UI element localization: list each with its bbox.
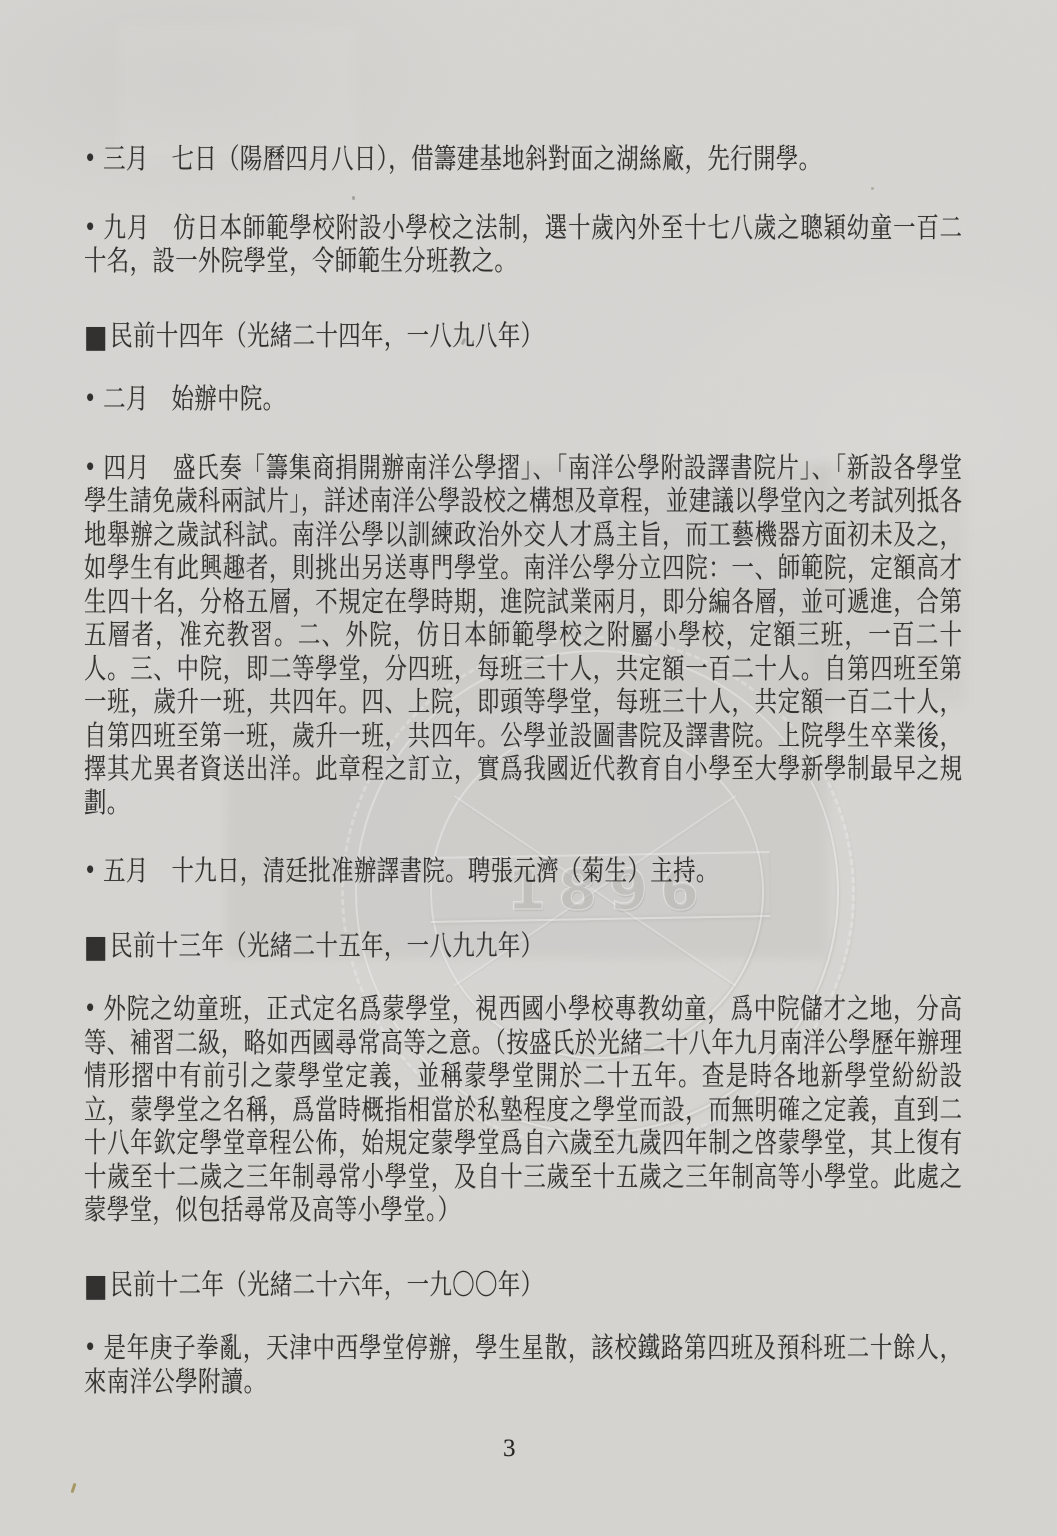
entry-text: 民前十三年（光緒二十五年，一八九九年） [110,931,543,962]
entry-text: 四月 盛氏奏「籌集商捐開辦南洋公學摺」、「南洋公學附設譯書院片」、「新設各學堂學… [84,453,962,819]
paper-speck [352,196,355,200]
bullet-icon: • [84,993,97,1027]
year-heading: ■民前十四年（光緒二十四年，一八九八年） [84,320,962,354]
entry-text: 是年庚子拳亂，天津中西學堂停辦，學生星散，該校鐵路第四班及預科班二十餘人，來南洋… [84,1333,962,1398]
entry-text: 九月 仿日本師範學校附設小學校之法制，選十歲內外至十七八歲之聰穎幼童一百二十名，… [84,213,962,278]
bullet-icon: • [84,383,97,417]
timeline-entry: •五月 十九日，清廷批准辦譯書院。聘張元濟（菊生）主持。 [84,855,962,889]
entry-text: 二月 始辦中院。 [103,384,285,415]
entry-text: 五月 十九日，清廷批准辦譯書院。聘張元濟（菊生）主持。 [103,856,719,887]
timeline-entry: •二月 始辦中院。 [84,383,962,417]
timeline-entry: •四月 盛氏奏「籌集商捐開辦南洋公學摺」、「南洋公學附設譯書院片」、「新設各學堂… [84,452,962,821]
bullet-icon: • [84,1332,97,1366]
bullet-icon: • [84,452,97,486]
scanned-document-page: 1896 •三月 七日（陽曆四月八日），借籌建基地斜對面之湖絲廠，先行開學。•九… [0,0,1057,1536]
text-flow: •三月 七日（陽曆四月八日），借籌建基地斜對面之湖絲廠，先行開學。•九月 仿日本… [84,143,962,1399]
timeline-entry: •是年庚子拳亂，天津中西學堂停辦，學生星散，該校鐵路第四班及預科班二十餘人，來南… [84,1332,962,1399]
timeline-entry: •三月 七日（陽曆四月八日），借籌建基地斜對面之湖絲廠，先行開學。 [84,143,962,177]
paper-fiber-speck [71,1483,77,1493]
year-heading: ■民前十三年（光緒二十五年，一八九九年） [84,930,962,964]
page-number: 3 [503,1435,516,1463]
paper-speck [871,187,874,190]
bullet-icon: • [84,143,97,177]
timeline-entry: •外院之幼童班，正式定名爲蒙學堂，視西國小學校專教幼童，爲中院儲才之地，分高等、… [84,993,962,1228]
entry-text: 外院之幼童班，正式定名爲蒙學堂，視西國小學校專教幼童，爲中院儲才之地，分高等、補… [84,994,962,1226]
entry-text: 三月 七日（陽曆四月八日），借籌建基地斜對面之湖絲廠，先行開學。 [103,144,821,175]
entry-text: 民前十二年（光緒二十六年，一九〇〇年） [110,1270,543,1301]
bullet-icon: • [84,212,97,246]
timeline-entry: •九月 仿日本師範學校附設小學校之法制，選十歲內外至十七八歲之聰穎幼童一百二十名… [84,212,962,279]
year-heading: ■民前十二年（光緒二十六年，一九〇〇年） [84,1269,962,1303]
entry-text: 民前十四年（光緒二十四年，一八九八年） [110,321,543,352]
bullet-icon: • [84,855,97,889]
